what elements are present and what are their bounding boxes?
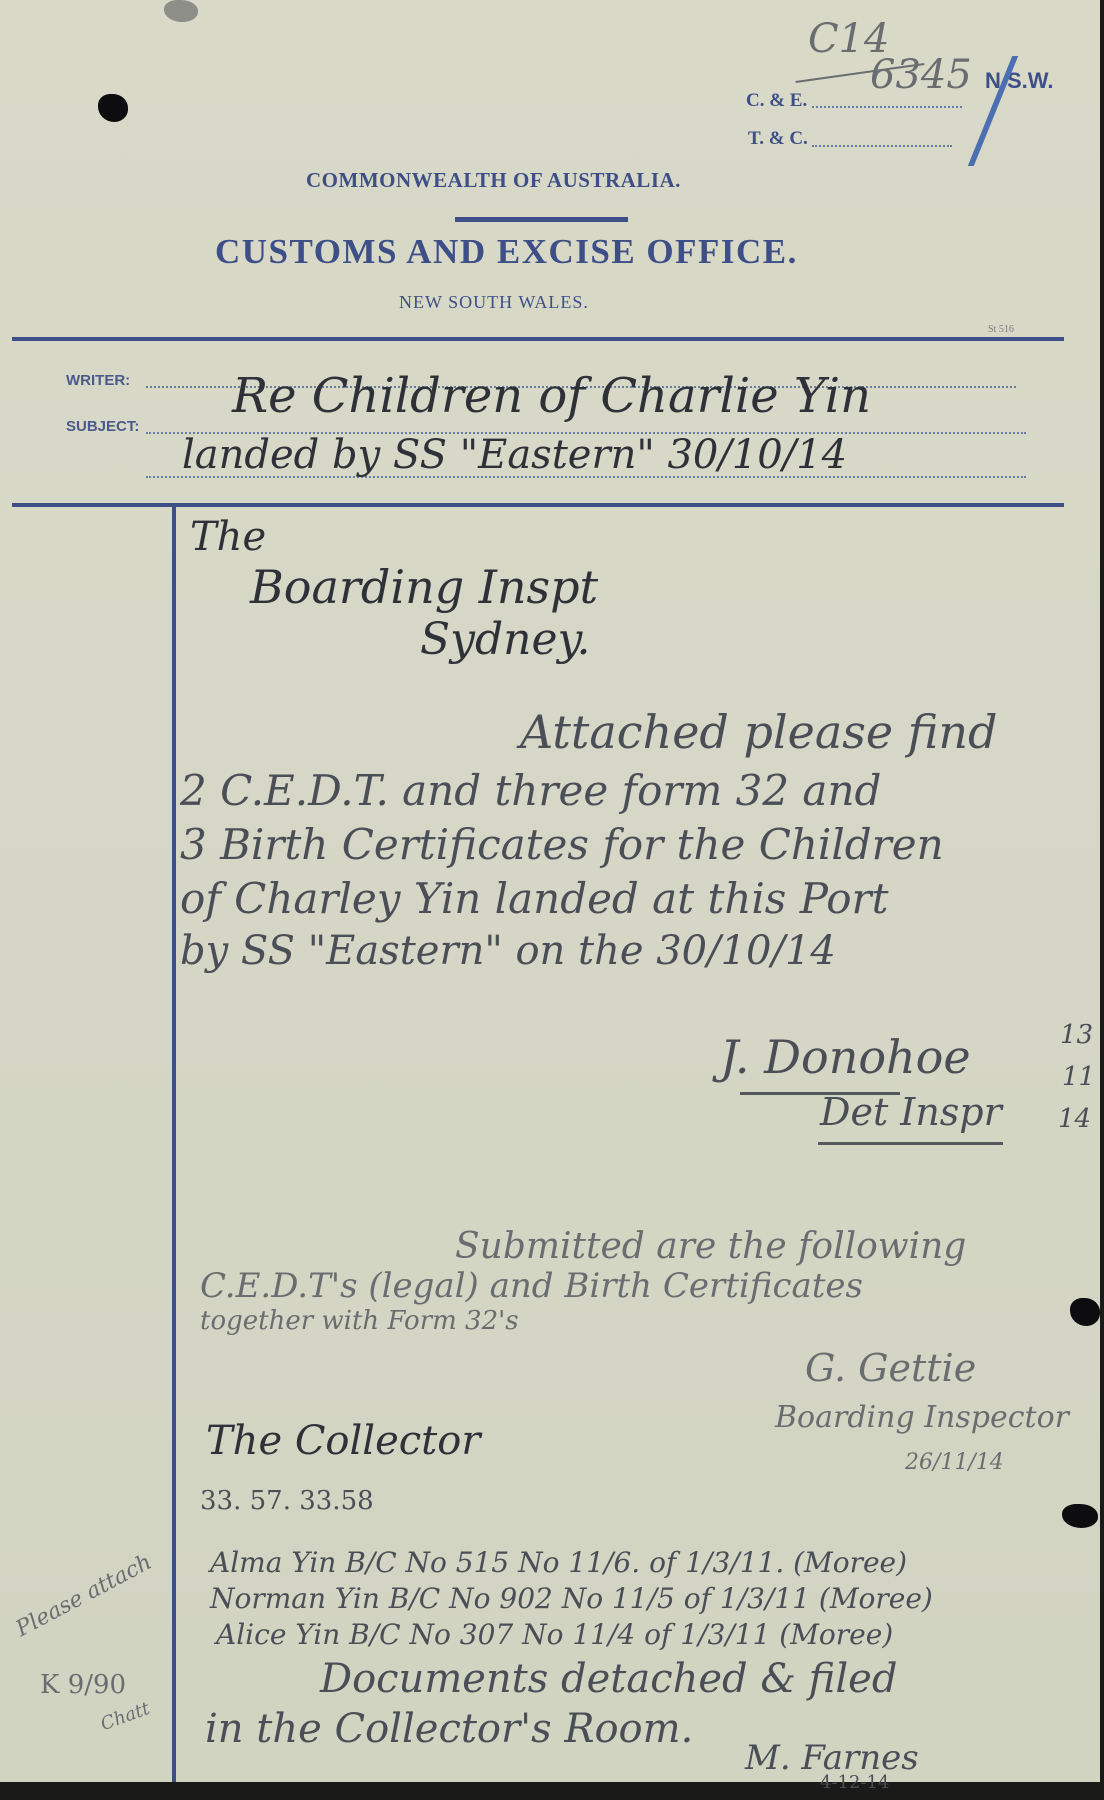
edge-tear xyxy=(1070,1298,1100,1326)
memo3-refs: 33. 57. 33.58 xyxy=(200,1486,374,1516)
subject-label: SUBJECT: xyxy=(66,418,139,435)
heading-divider xyxy=(455,217,628,222)
memo2-line: Submitted are the following xyxy=(455,1226,966,1267)
subject-rule xyxy=(12,503,1064,507)
tc-field-line xyxy=(812,145,952,147)
memo1-date-day: 13 xyxy=(1060,1020,1093,1050)
document-page: C14 6345 N.S.W. C. & E. T. & C. COMMONWE… xyxy=(0,0,1100,1782)
memo1-date-month: 11 xyxy=(1062,1062,1095,1092)
memo1-title: Det Inspr xyxy=(820,1090,1002,1134)
child-record: Alma Yin B/C No 515 No 11/6. of 1/3/11. … xyxy=(210,1546,907,1579)
memo3-note-line1: Documents detached & filed xyxy=(320,1656,897,1702)
memo2-line: C.E.D.T's (legal) and Birth Certificates xyxy=(200,1266,863,1306)
memo3-addressee: The Collector xyxy=(206,1418,480,1464)
office-state: NEW SOUTH WALES. xyxy=(399,292,589,313)
writer-label: WRITER: xyxy=(66,372,130,389)
child-record: Alice Yin B/C No 307 No 11/4 of 1/3/11 (… xyxy=(216,1618,893,1651)
memo1-line: 3 Birth Certificates for the Children xyxy=(180,820,944,869)
memo1-date-year: 14 xyxy=(1058,1104,1091,1134)
ce-field-label: C. & E. xyxy=(746,90,807,112)
subject-text-line1: Re Children of Charlie Yin xyxy=(232,368,871,424)
ce-field-line xyxy=(812,106,962,108)
margin-note-line3: Chatt xyxy=(98,1698,153,1735)
subject-text-line2: landed by SS "Eastern" 30/10/14 xyxy=(182,432,847,478)
memo1-signature: J. Donohoe xyxy=(720,1030,971,1084)
punch-hole xyxy=(98,94,128,122)
header-rule xyxy=(12,337,1064,341)
title-underline xyxy=(818,1142,1003,1145)
memo1-place: Sydney. xyxy=(420,614,591,665)
memo1-line: 2 C.E.D.T. and three form 32 and xyxy=(180,766,881,815)
memo1-addressee: Boarding Inspt xyxy=(250,560,598,614)
memo3-date: 4-12-14 xyxy=(820,1772,889,1793)
memo1-line: by SS "Eastern" on the 30/10/14 xyxy=(180,928,836,974)
memo2-signature: G. Gettie xyxy=(805,1346,976,1390)
memo1-line: Attached please find xyxy=(520,705,998,759)
memo2-line: together with Form 32's xyxy=(200,1306,519,1336)
child-record: Norman Yin B/C No 902 No 11/5 of 1/3/11 … xyxy=(210,1582,933,1615)
memo1-line: of Charley Yin landed at this Port xyxy=(180,874,889,923)
ink-stain xyxy=(164,0,198,22)
edge-tear xyxy=(1062,1504,1098,1528)
commonwealth-heading: COMMONWEALTH OF AUSTRALIA. xyxy=(306,168,681,193)
memo2-date: 26/11/14 xyxy=(905,1450,1004,1475)
office-title: CUSTOMS AND EXCISE OFFICE. xyxy=(215,232,798,272)
file-ref-number: 6345 xyxy=(870,52,972,98)
memo2-title: Boarding Inspector xyxy=(775,1400,1069,1435)
margin-rule xyxy=(172,503,176,1782)
tc-field-label: T. & C. xyxy=(748,128,808,150)
margin-note-line1: Please attach xyxy=(12,1550,156,1642)
margin-note-line2: K 9/90 xyxy=(40,1670,126,1700)
memo1-salutation: The xyxy=(190,514,266,560)
memo3-note-line2: in the Collector's Room. xyxy=(205,1706,693,1752)
form-number: St 516 xyxy=(988,324,1014,335)
